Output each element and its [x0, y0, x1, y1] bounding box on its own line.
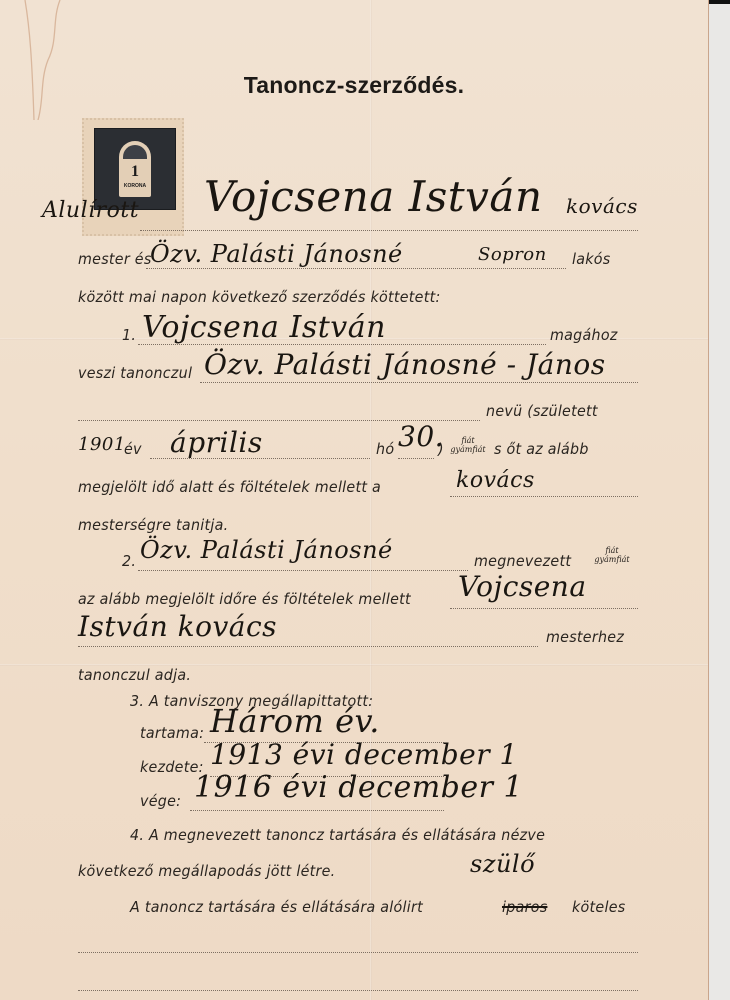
clause4-line3-end: köteles: [572, 898, 625, 916]
gyamfiat-option: gyámfiát: [592, 555, 632, 564]
label-kozott: között mai napon következő szerződés köt…: [78, 288, 441, 306]
guardian-place-field[interactable]: Sopron: [478, 244, 547, 265]
stamp-value: 1: [119, 163, 151, 181]
fill-line: [450, 496, 638, 497]
fiat-choice: fiát gyámfiát: [592, 546, 632, 564]
fold-crease-vertical: [370, 0, 372, 1000]
label-magahoz: magához: [550, 326, 618, 344]
fill-line: [450, 608, 638, 609]
label-az-alabb: az alább megjelölt időre és föltételek m…: [78, 590, 411, 608]
trade-field[interactable]: kovács: [456, 468, 535, 493]
clause2-number: 2.: [122, 552, 136, 570]
label-mesterhez: mesterhez: [546, 628, 624, 646]
label-mester-es: mester és: [78, 250, 152, 268]
label-ho: hó: [376, 440, 394, 458]
fill-line: [146, 268, 566, 269]
fill-line: [78, 952, 638, 953]
kezdete-field[interactable]: 1913 évi december 1: [210, 738, 518, 771]
fill-line: [138, 570, 468, 571]
paper-crack-mark: [22, 0, 62, 120]
birth-year-field[interactable]: 1901: [78, 434, 126, 455]
label-veszi: veszi tanonczul: [78, 364, 192, 382]
fiat-option: fiát: [592, 546, 632, 555]
apprentice-field[interactable]: Özv. Palásti Jánosné - János: [204, 348, 606, 381]
clause1-master-field[interactable]: Vojcsena István: [142, 310, 386, 345]
master-trade-field[interactable]: kovács: [566, 194, 638, 218]
struck-word-iparos: iparos: [502, 898, 547, 916]
label-tanonczul: tanonczul adja.: [78, 666, 191, 684]
label-close-paren: ): [438, 440, 444, 458]
fill-line: [190, 810, 444, 811]
handwritten-lead: Alulírott: [42, 198, 139, 223]
label-mestersegre: mesterségre tanitja.: [78, 516, 228, 534]
crown-icon: [123, 145, 147, 159]
clause2-master-line1-field[interactable]: Vojcsena: [458, 570, 587, 603]
fill-line: [200, 382, 638, 383]
gyamfiat-option: gyámfiát: [448, 445, 488, 454]
document-page: Tanoncz-szerződés. 1 KORONA Alulírott Vo…: [0, 0, 709, 1000]
stamp-window: 1 KORONA: [119, 141, 151, 197]
birth-month-field[interactable]: április: [170, 426, 263, 459]
guardian-field[interactable]: Özv. Palásti Jánosné: [150, 240, 403, 268]
clause1-number: 1.: [122, 326, 136, 344]
document-title: Tanoncz-szerződés.: [0, 72, 708, 99]
fiat-choice: fiát gyámfiát: [448, 436, 488, 454]
label-s-ot: s őt az alább: [494, 440, 589, 458]
window-edge-bar: [708, 0, 730, 4]
fill-line: [398, 458, 434, 459]
stamp-unit: KORONA: [119, 183, 151, 189]
label-megjelolt: megjelölt idő alatt és föltételek mellet…: [78, 478, 381, 496]
clause4-line2: következő megállapodás jött létre.: [78, 862, 335, 880]
label-tartama: tartama:: [140, 724, 204, 742]
fill-line: [140, 230, 638, 231]
label-lakos: lakós: [572, 250, 610, 268]
fill-line: [78, 646, 538, 647]
clause2-master-line2-field[interactable]: István kovács: [78, 610, 277, 643]
fill-line: [78, 990, 638, 991]
fiat-option: fiát: [448, 436, 488, 445]
label-vege: vége:: [140, 792, 181, 810]
clause4-line3-start: A tanoncz tartására és ellátására alólir…: [130, 898, 423, 916]
vege-field[interactable]: 1916 évi december 1: [194, 770, 523, 805]
label-megnevezett: megnevezett: [474, 552, 571, 570]
clause4-line1: 4. A megnevezett tanoncz tartására és el…: [130, 826, 545, 844]
clause2-guardian-field[interactable]: Özv. Palásti Jánosné: [140, 536, 393, 564]
handwritten-szulo-insert[interactable]: szülő: [470, 850, 535, 878]
tartama-field[interactable]: Három év.: [210, 702, 380, 740]
label-ev: év: [124, 440, 142, 458]
master-name-field[interactable]: Vojcsena István: [204, 172, 543, 221]
label-nevu: nevü (született: [486, 402, 598, 420]
